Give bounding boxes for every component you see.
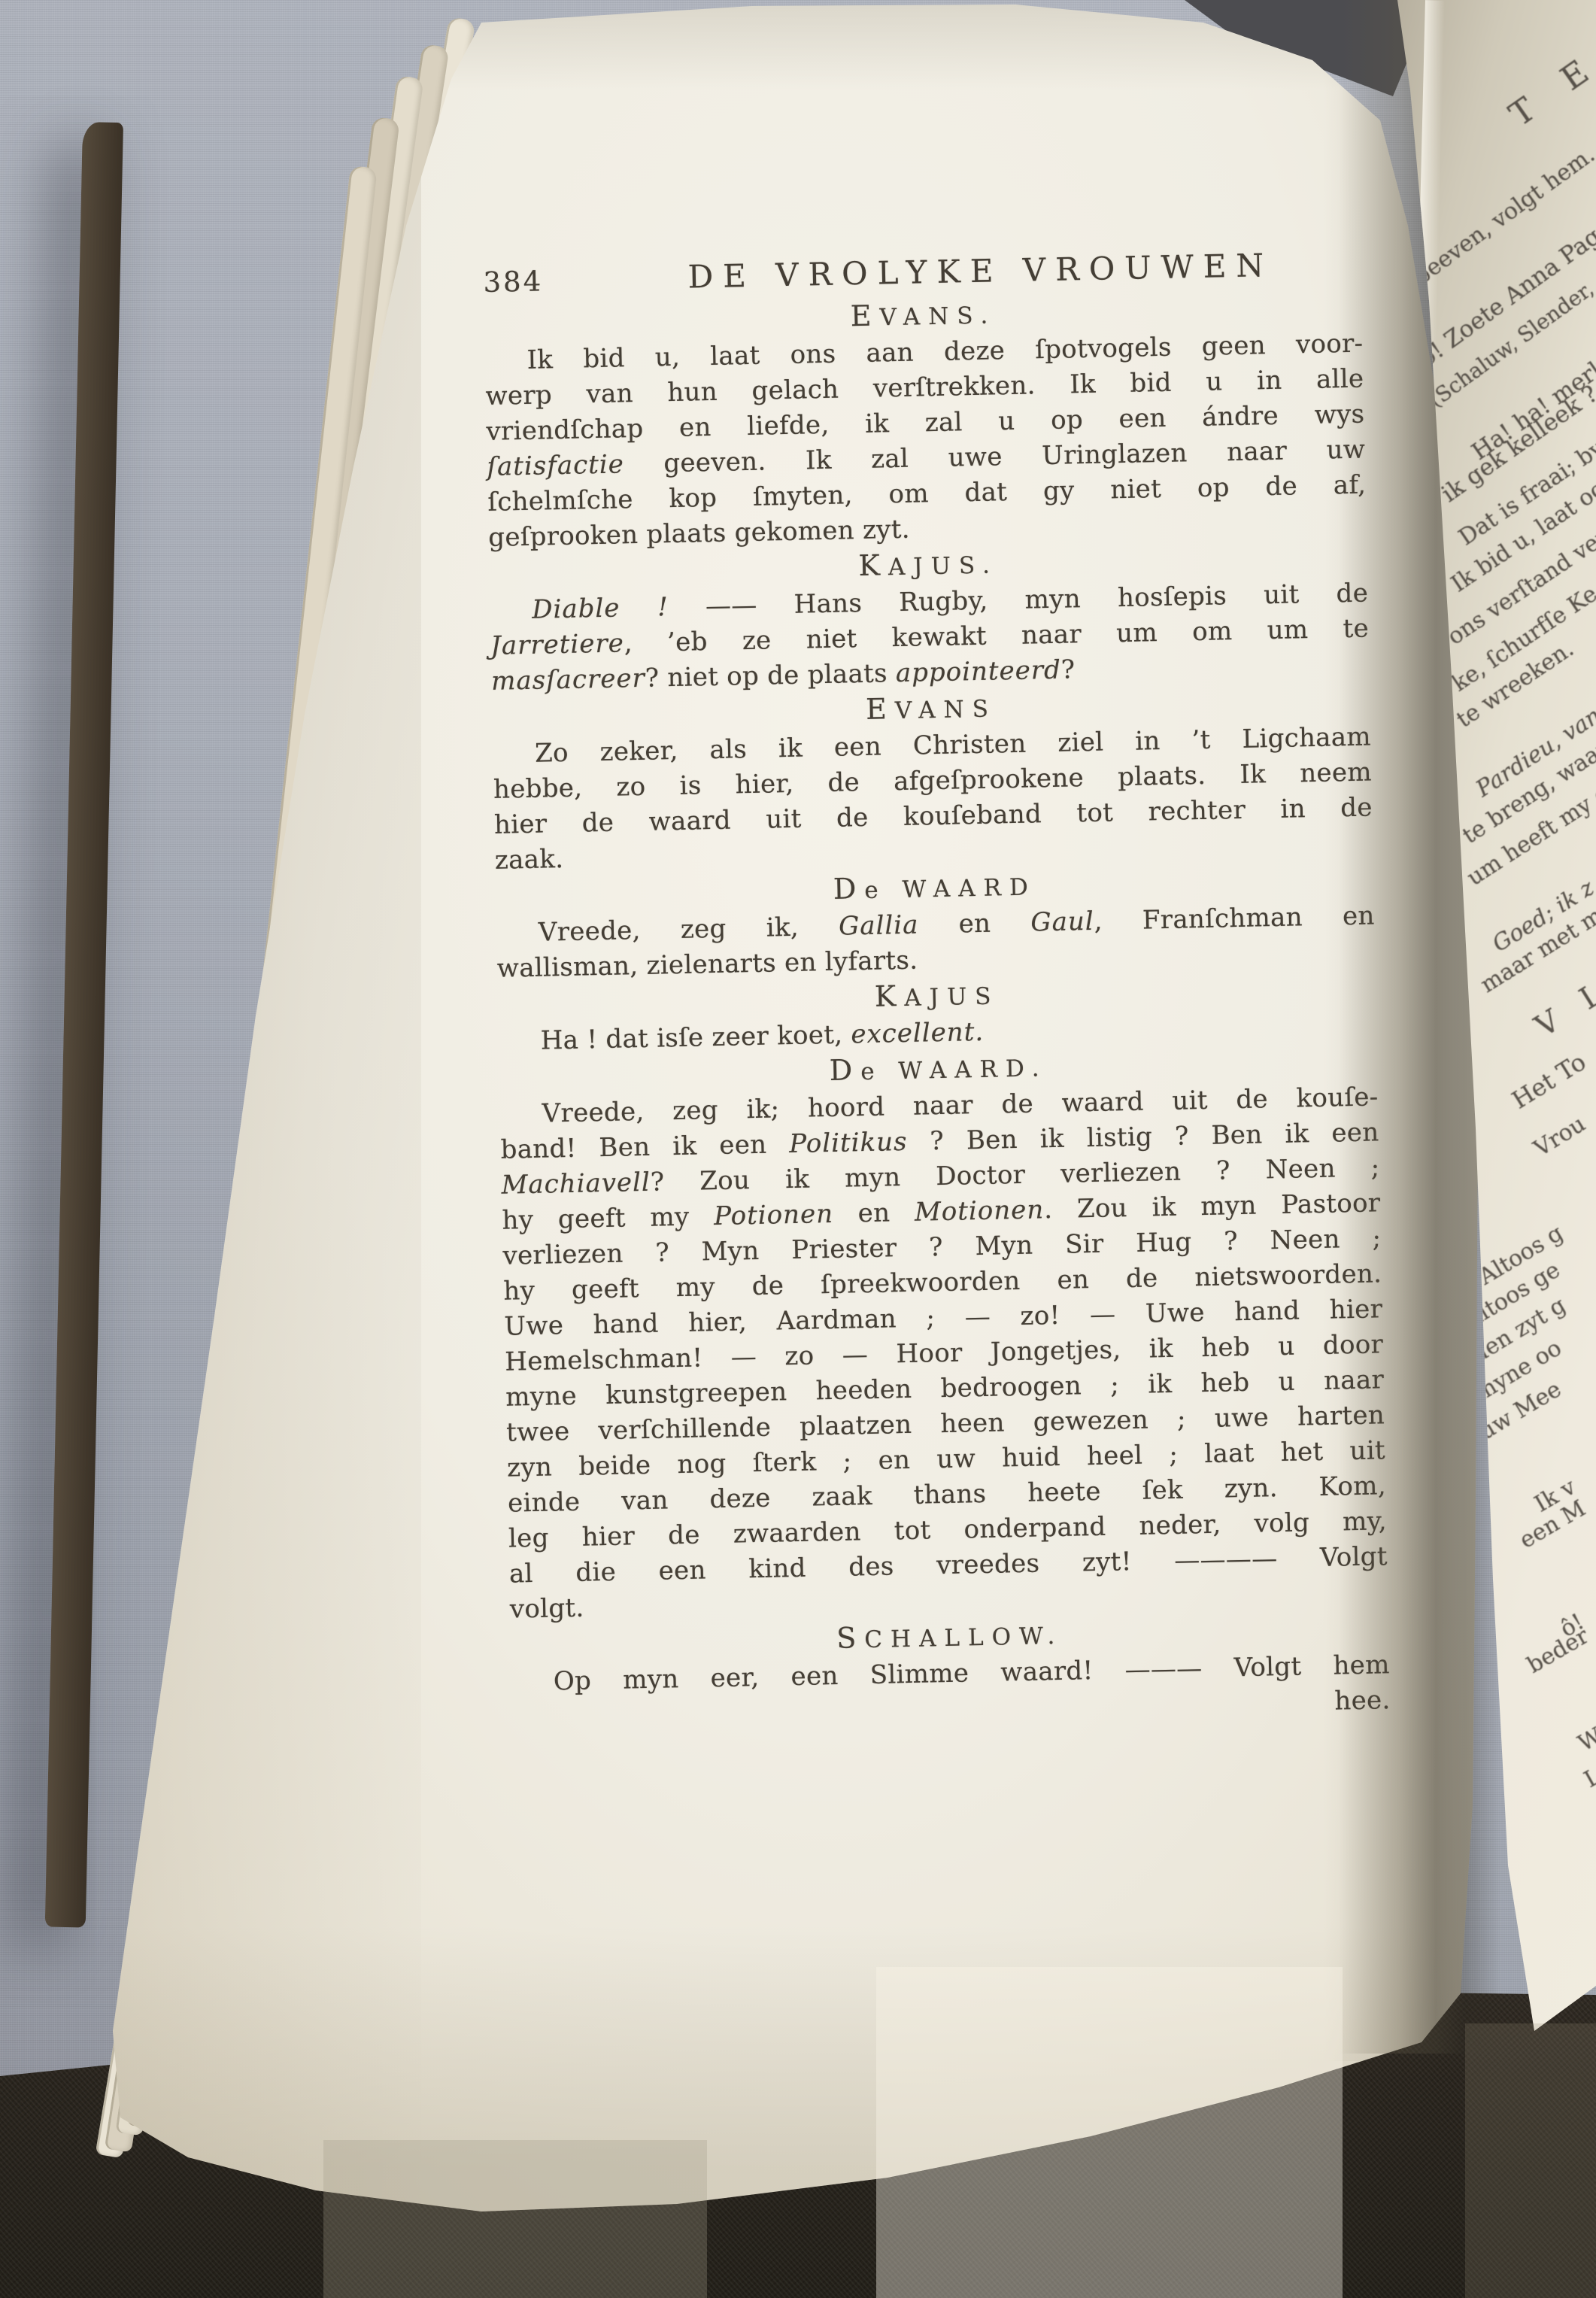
- dialog-paragraph: Zo zeker, als ik een Christen ziel in ’t…: [493, 719, 1374, 878]
- facing-page-fragment: L: [1581, 1765, 1596, 1792]
- dialog-paragraph: Diable ! —— Hans Rugby, myn hosſepis uit…: [490, 575, 1370, 699]
- exposure-patch-bottom-left: [323, 2140, 707, 2298]
- photo-of-open-book: { "scene": { "background_fabric": "#a9ae…: [0, 0, 1596, 2298]
- text-block: 384 DE VROLYKE VROUWEN EVANS.Ik bid u, l…: [483, 246, 1391, 1736]
- dialog-paragraph: Vreede, zeg ik; hoord naar de waard uit …: [499, 1079, 1388, 1627]
- facing-page-fragment: beder: [1524, 1625, 1592, 1677]
- facing-page-fragment: Vrou: [1531, 1113, 1589, 1161]
- dialog-paragraph: Ik bid u, laat ons aan deze ſpotvogels g…: [484, 326, 1367, 556]
- exposure-patch-right-corner: [1465, 2023, 1596, 2298]
- dialog: EVANS.Ik bid u, laat ons aan deze ſpotvo…: [484, 289, 1391, 1736]
- facing-page-fragment: T E: [1504, 47, 1596, 132]
- facing-page-fragment: Het To: [1508, 1049, 1590, 1113]
- page-number: 384: [483, 263, 608, 300]
- running-title: DE VROLYKE VROUWEN: [607, 246, 1362, 296]
- exposure-patch-bottom-right: [876, 1967, 1343, 2298]
- facing-page-fragment: W: [1575, 1725, 1596, 1756]
